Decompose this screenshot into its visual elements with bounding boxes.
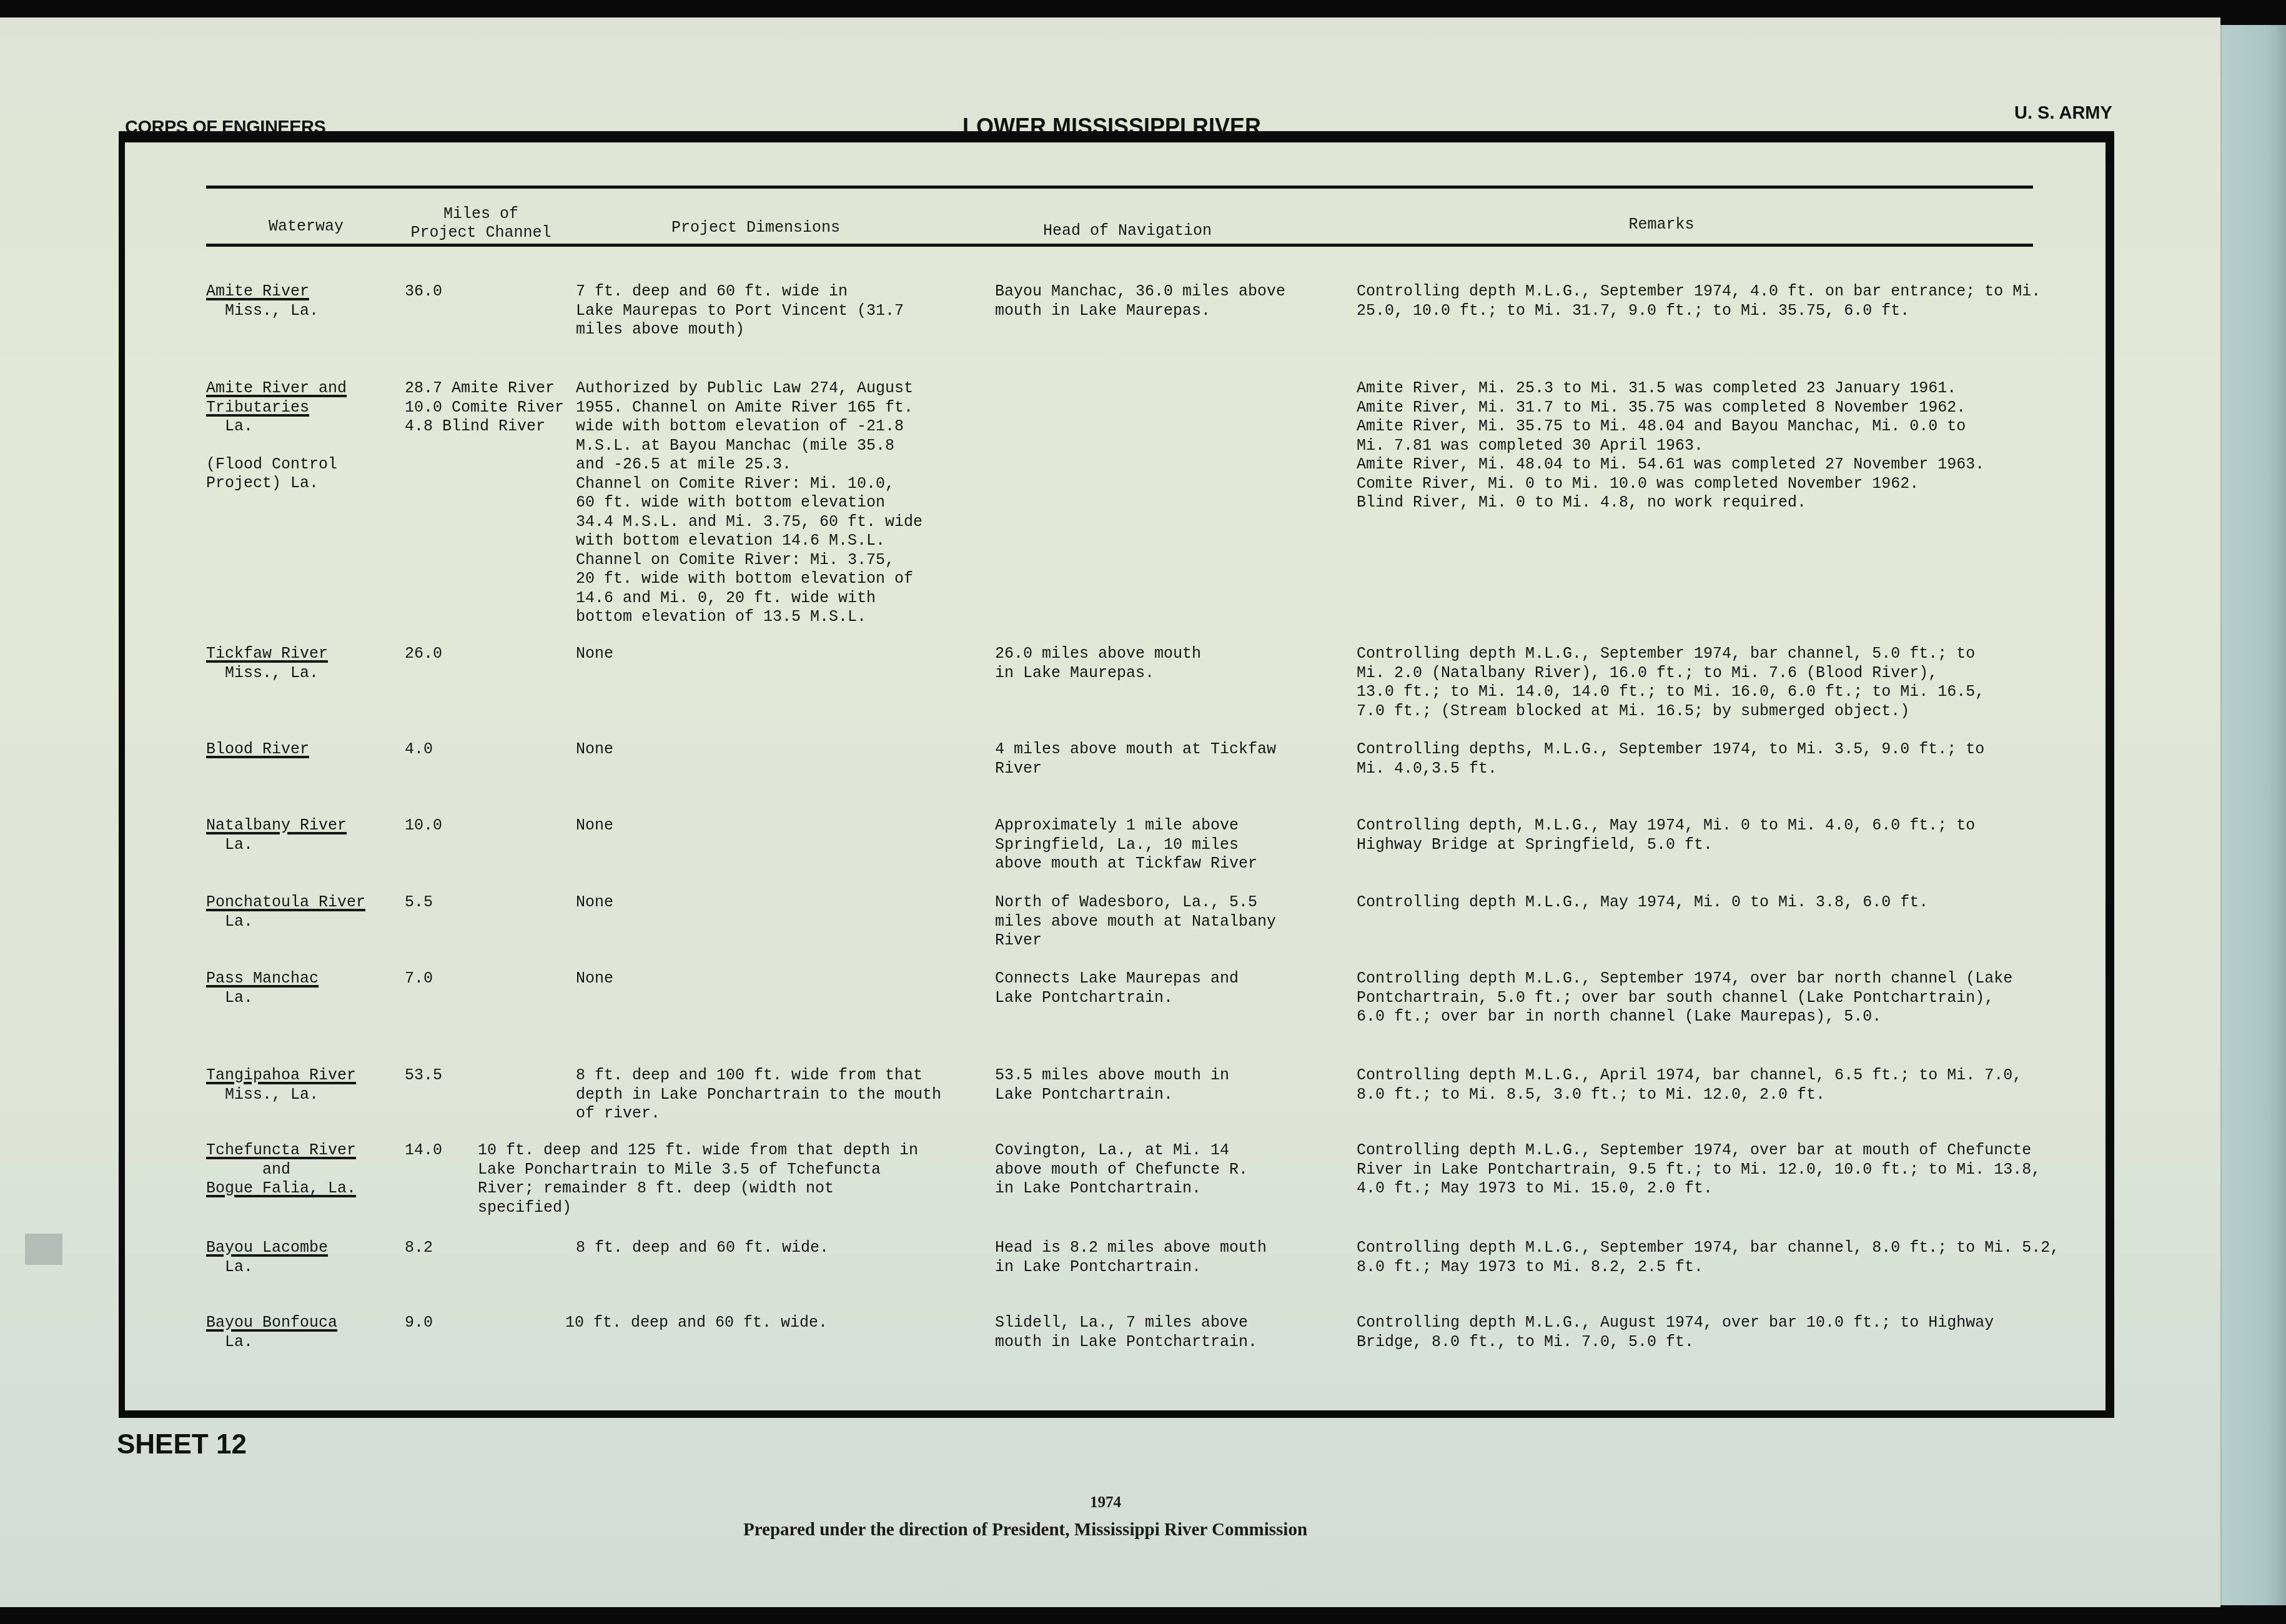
head-of-navigation-cell: North of Wadesboro, La., 5.5 miles above… <box>995 893 1332 951</box>
waterway-name: Pass Manchac <box>206 969 393 989</box>
head-of-navigation-cell: 53.5 miles above mouth in Lake Pontchart… <box>995 1066 1332 1104</box>
waterway-cell: Bayou BonfoucaLa. <box>206 1314 393 1352</box>
remarks-cell: Controlling depth M.L.G., September 1974… <box>1357 282 2106 320</box>
remarks-cell: Controlling depths, M.L.G., September 19… <box>1357 740 2106 778</box>
remarks-cell: Controlling depth M.L.G., August 1974, o… <box>1357 1314 2106 1352</box>
dimensions-cell: None <box>576 816 1026 836</box>
waterway-state: La. <box>206 1333 393 1352</box>
remarks-cell: Controlling depth, M.L.G., May 1974, Mi.… <box>1357 816 2106 854</box>
waterway-cell: Pass ManchacLa. <box>206 969 393 1008</box>
waterway-cell: Amite RiverMiss., La. <box>206 282 393 320</box>
waterway-note: (Flood Control Project) La. <box>206 455 393 493</box>
dimensions-cell: 10 ft. deep and 60 ft. wide. <box>565 1314 1015 1333</box>
col-header-head: Head of Navigation <box>1024 222 1230 240</box>
waterway-conjunction: and <box>206 1161 393 1180</box>
dimensions-cell: 8 ft. deep and 100 ft. wide from that de… <box>576 1066 1026 1124</box>
col-header-miles: Miles of Project Channel <box>393 205 568 242</box>
waterway-cell: Natalbany RiverLa. <box>206 816 393 854</box>
miles-cell: 36.0 <box>405 282 573 302</box>
waterway-state: La. <box>206 836 393 855</box>
page-edge <box>2220 25 2286 1605</box>
waterway-state: La. <box>206 1258 393 1277</box>
head-of-navigation-cell: Approximately 1 mile above Springfield, … <box>995 816 1332 874</box>
waterway-name: Amite River <box>206 282 393 302</box>
footer-prepared: Prepared under the direction of Presiden… <box>743 1520 1307 1540</box>
miles-cell: 53.5 <box>405 1066 573 1086</box>
miles-cell: 7.0 <box>405 969 573 989</box>
waterway-cell: Tickfaw RiverMiss., La. <box>206 645 393 683</box>
waterway-name: Blood River <box>206 740 393 760</box>
head-of-navigation-cell: Bayou Manchac, 36.0 miles above mouth in… <box>995 282 1332 320</box>
waterway-cell: Bayou LacombeLa. <box>206 1239 393 1277</box>
header-rule-top <box>206 186 2033 189</box>
miles-cell: 8.2 <box>405 1239 573 1258</box>
remarks-cell: Controlling depth M.L.G., April 1974, ba… <box>1357 1066 2106 1104</box>
waterway-name: Tickfaw River <box>206 645 393 664</box>
waterway-state: La. <box>206 417 393 437</box>
waterway-name: Ponchatoula River <box>206 893 393 913</box>
waterway-name: Bayou Bonfouca <box>206 1314 393 1333</box>
sheet-number: SHEET 12 <box>117 1429 247 1460</box>
dimensions-cell: 10 ft. deep and 125 ft. wide from that d… <box>478 1141 928 1217</box>
header-right: U. S. ARMY <box>2014 103 2112 124</box>
waterway-state: La. <box>206 989 393 1008</box>
col-header-waterway: Waterway <box>250 217 362 236</box>
remarks-cell: Controlling depth M.L.G., September 1974… <box>1357 1141 2106 1199</box>
waterway-name-secondary: Bogue Falia, La. <box>206 1179 393 1199</box>
waterway-name: Amite River and Tributaries <box>206 379 393 417</box>
binding-mark <box>25 1234 62 1265</box>
dimensions-cell: None <box>576 969 1026 989</box>
waterway-state: Miss., La. <box>206 1086 393 1105</box>
miles-cell: 4.0 <box>405 740 573 760</box>
remarks-cell: Controlling depth M.L.G., May 1974, Mi. … <box>1357 893 2106 913</box>
col-header-dimensions: Project Dimensions <box>650 219 862 237</box>
dimensions-cell: None <box>576 740 1026 760</box>
head-of-navigation-cell: Connects Lake Maurepas and Lake Pontchar… <box>995 969 1332 1008</box>
head-of-navigation-cell: Head is 8.2 miles above mouth in Lake Po… <box>995 1239 1332 1277</box>
remarks-cell: Controlling depth M.L.G., September 1974… <box>1357 1239 2106 1277</box>
waterway-cell: Amite River and TributariesLa.(Flood Con… <box>206 379 393 493</box>
head-of-navigation-cell: 4 miles above mouth at Tickfaw River <box>995 740 1332 778</box>
head-of-navigation-cell: Covington, La., at Mi. 14 above mouth of… <box>995 1141 1332 1199</box>
remarks-cell: Controlling depth M.L.G., September 1974… <box>1357 969 2106 1027</box>
waterway-state: Miss., La. <box>206 302 393 321</box>
waterway-name: Natalbany River <box>206 816 393 836</box>
dimensions-cell: 8 ft. deep and 60 ft. wide. <box>576 1239 1026 1258</box>
waterway-cell: Tangipahoa RiverMiss., La. <box>206 1066 393 1104</box>
remarks-cell: Amite River, Mi. 25.3 to Mi. 31.5 was co… <box>1357 379 2106 513</box>
waterway-name: Tchefuncta River <box>206 1141 393 1161</box>
dimensions-cell: None <box>576 893 1026 913</box>
col-header-remarks: Remarks <box>1599 215 1724 234</box>
waterway-state: Miss., La. <box>206 664 393 683</box>
waterway-name: Tangipahoa River <box>206 1066 393 1086</box>
waterway-cell: Ponchatoula RiverLa. <box>206 893 393 931</box>
head-of-navigation-cell: 26.0 miles above mouth in Lake Maurepas. <box>995 645 1332 683</box>
waterway-cell: Tchefuncta RiverandBogue Falia, La. <box>206 1141 393 1199</box>
miles-cell: 26.0 <box>405 645 573 664</box>
remarks-cell: Controlling depth M.L.G., September 1974… <box>1357 645 2106 721</box>
dimensions-cell: Authorized by Public Law 274, August 195… <box>576 379 1026 627</box>
miles-cell: 28.7 Amite River 10.0 Comite River 4.8 B… <box>405 379 573 437</box>
miles-cell: 5.5 <box>405 893 573 913</box>
footer-year: 1974 <box>1062 1494 1149 1512</box>
miles-cell: 9.0 <box>405 1314 573 1333</box>
dimensions-cell: 7 ft. deep and 60 ft. wide in Lake Maure… <box>576 282 1026 340</box>
waterway-cell: Blood River <box>206 740 393 760</box>
waterway-state: La. <box>206 913 393 932</box>
dimensions-cell: None <box>576 645 1026 664</box>
header-rule-bottom <box>206 244 2033 247</box>
miles-cell: 10.0 <box>405 816 573 836</box>
head-of-navigation-cell: Slidell, La., 7 miles above mouth in Lak… <box>995 1314 1332 1352</box>
waterway-name: Bayou Lacombe <box>206 1239 393 1258</box>
